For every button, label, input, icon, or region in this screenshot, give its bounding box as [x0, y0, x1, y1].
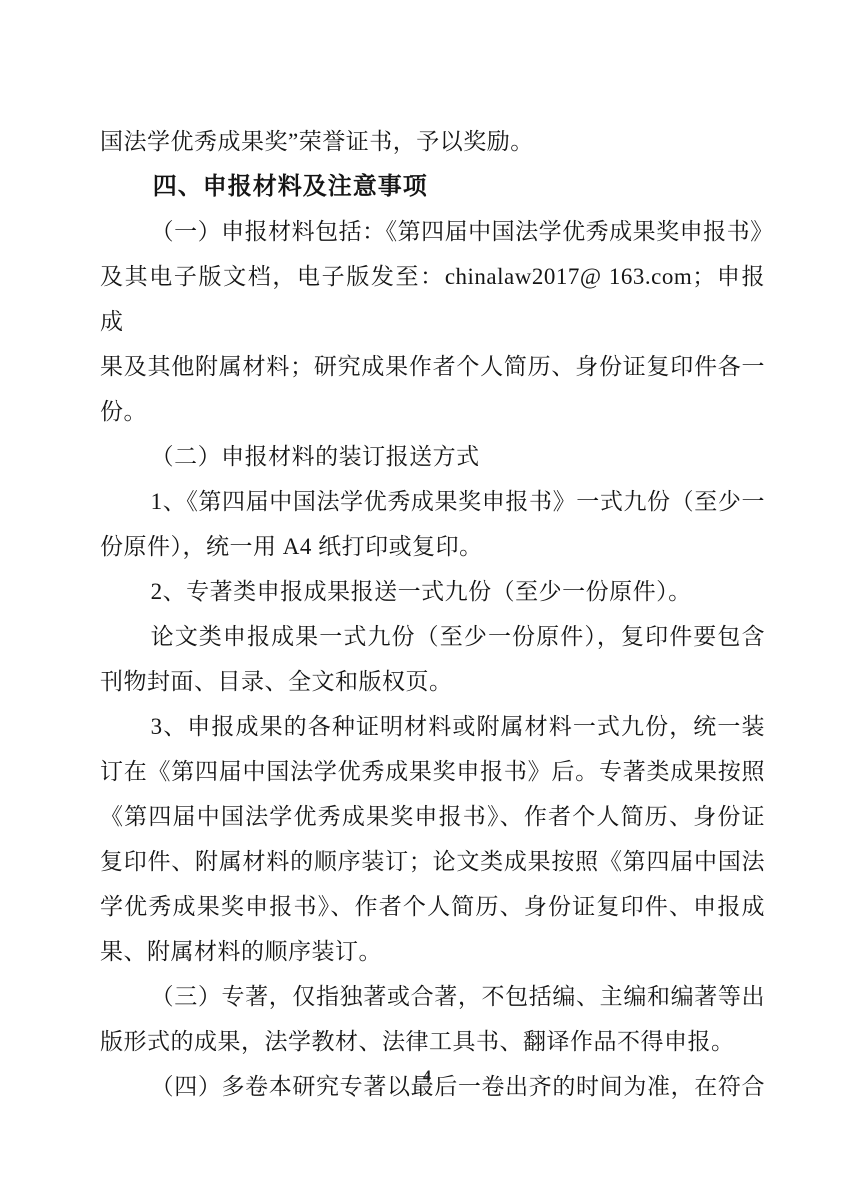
text-line: 版形式的成果，法学教材、法律工具书、翻译作品不得申报。: [100, 1019, 765, 1064]
text-line: 果及其他附属材料；研究成果作者个人简历、身份证复印件各一: [100, 344, 765, 389]
text-line: 刊物封面、目录、全文和版权页。: [100, 659, 765, 704]
text-line: （一）申报材料包括：《第四届中国法学优秀成果奖申报书》: [100, 209, 765, 254]
text-line: （三）专著，仅指独著或合著，不包括编、主编和编著等出: [100, 974, 765, 1019]
text-line: 份。: [100, 389, 765, 434]
text-line: 学优秀成果奖申报书》、作者个人简历、身份证复印件、申报成: [100, 884, 765, 929]
text-line: 2、专著类申报成果报送一式九份（至少一份原件）。: [100, 569, 765, 614]
text-line: 份原件），统一用 A4 纸打印或复印。: [100, 524, 765, 569]
section-heading: 四、申报材料及注意事项: [100, 164, 765, 209]
text-line: 国法学优秀成果奖”荣誉证书，予以奖励。: [100, 119, 765, 164]
text-line: 果、附属材料的顺序装订。: [100, 929, 765, 974]
document-text: 国法学优秀成果奖”荣誉证书，予以奖励。四、申报材料及注意事项（一）申报材料包括：…: [100, 119, 765, 1109]
text-line: 复印件、附属材料的顺序装订；论文类成果按照《第四届中国法: [100, 839, 765, 884]
document-page: 国法学优秀成果奖”荣誉证书，予以奖励。四、申报材料及注意事项（一）申报材料包括：…: [0, 0, 854, 1200]
text-line: （二）申报材料的装订报送方式: [100, 434, 765, 479]
text-line: 1、《第四届中国法学优秀成果奖申报书》一式九份（至少一: [100, 479, 765, 524]
text-line: 3、申报成果的各种证明材料或附属材料一式九份，统一装: [100, 704, 765, 749]
text-line: 订在《第四届中国法学优秀成果奖申报书》后。专著类成果按照: [100, 749, 765, 794]
page-number: 4: [0, 1068, 854, 1086]
text-line: 及其电子版文档，电子版发至：chinalaw2017@ 163.com；申报成: [100, 254, 765, 344]
text-line: 论文类申报成果一式九份（至少一份原件），复印件要包含: [100, 614, 765, 659]
text-line: 《第四届中国法学优秀成果奖申报书》、作者个人简历、身份证: [100, 794, 765, 839]
